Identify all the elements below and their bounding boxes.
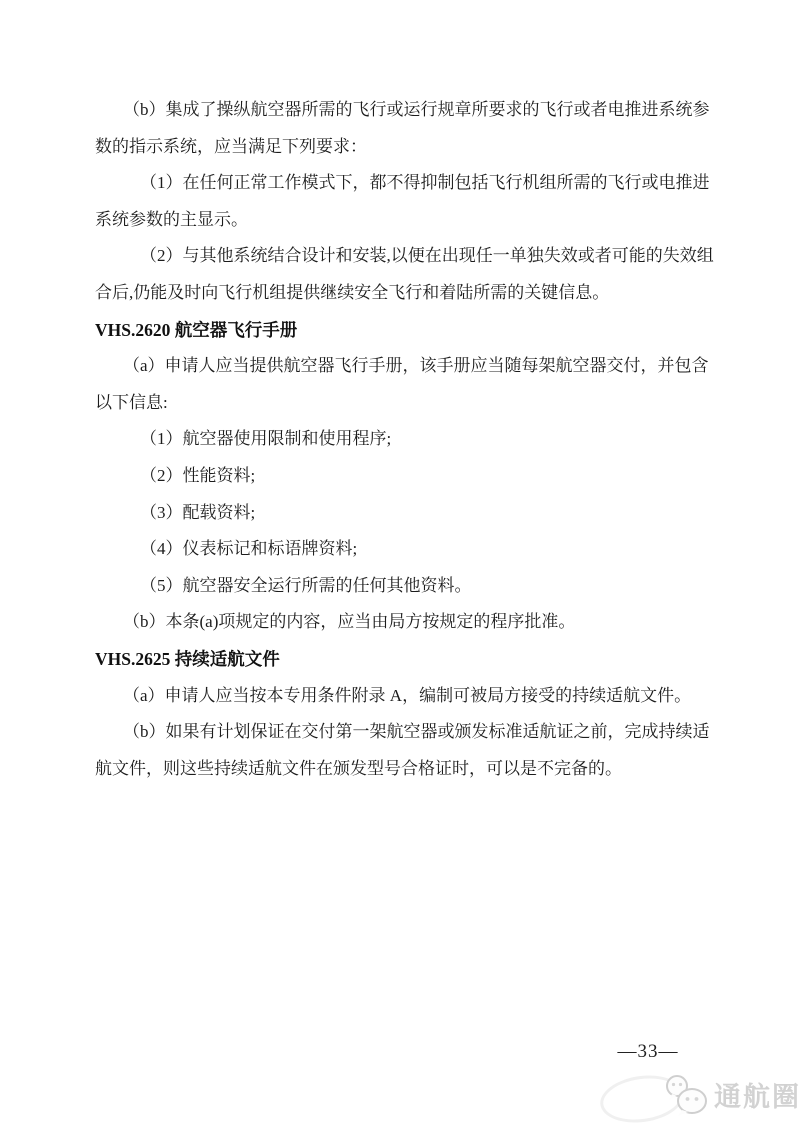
chat-bubbles-icon [664,1074,710,1123]
paragraph-line: 数的指示系统，应当满足下列要求： [95,129,720,166]
paragraph-line: （a）申请人应当提供航空器飞行手册，该手册应当随每架航空器交付，并包含 [95,348,720,385]
paragraph-line: 系统参数的主显示。 [95,202,720,239]
paragraph-line: 合后,仍能及时向飞行机组提供继续安全飞行和着陆所需的关键信息。 [95,275,720,312]
paragraph-line: （b）如果有计划保证在交付第一架航空器或颁发标准适航证之前，完成持续适 [95,714,720,751]
document-page: （b）集成了操纵航空器所需的飞行或运行规章所要求的飞行或者电推进系统参 数的指示… [0,0,800,1131]
page-number: —33— [598,1040,698,1064]
paragraph-line: 航文件，则这些持续适航文件在颁发型号合格证时，可以是不完备的。 [95,751,720,788]
numbered-item-line: （1）在任何正常工作模式下，都不得抑制包括飞行机组所需的飞行或电推进 [95,165,720,202]
document-body: （b）集成了操纵航空器所需的飞行或运行规章所要求的飞行或者电推进系统参 数的指示… [95,92,720,787]
paragraph-line: 以下信息: [95,385,720,422]
section-heading-vhs2625: VHS.2625 持续适航文件 [95,641,720,678]
numbered-item-line: （2）与其他系统结合设计和安装,以便在出现任一单独失效或者可能的失效组 [95,238,720,275]
numbered-item-line: （5）航空器安全运行所需的任何其他资料。 [95,568,720,605]
watermark: 通航圈 [592,1070,792,1122]
numbered-item-line: （3）配载资料; [95,495,720,532]
paragraph-line: （b）集成了操纵航空器所需的飞行或运行规章所要求的飞行或者电推进系统参 [95,92,720,129]
watermark-label: 通航圈 [714,1082,800,1112]
numbered-item-line: （4）仪表标记和标语牌资料; [95,531,720,568]
numbered-item-line: （1）航空器使用限制和使用程序; [95,421,720,458]
paragraph-line: （b）本条(a)项规定的内容，应当由局方按规定的程序批准。 [95,604,720,641]
section-heading-vhs2620: VHS.2620 航空器飞行手册 [95,312,720,349]
numbered-item-line: （2）性能资料; [95,458,720,495]
paragraph-line: （a）申请人应当按本专用条件附录 A，编制可被局方接受的持续适航文件。 [95,678,720,715]
